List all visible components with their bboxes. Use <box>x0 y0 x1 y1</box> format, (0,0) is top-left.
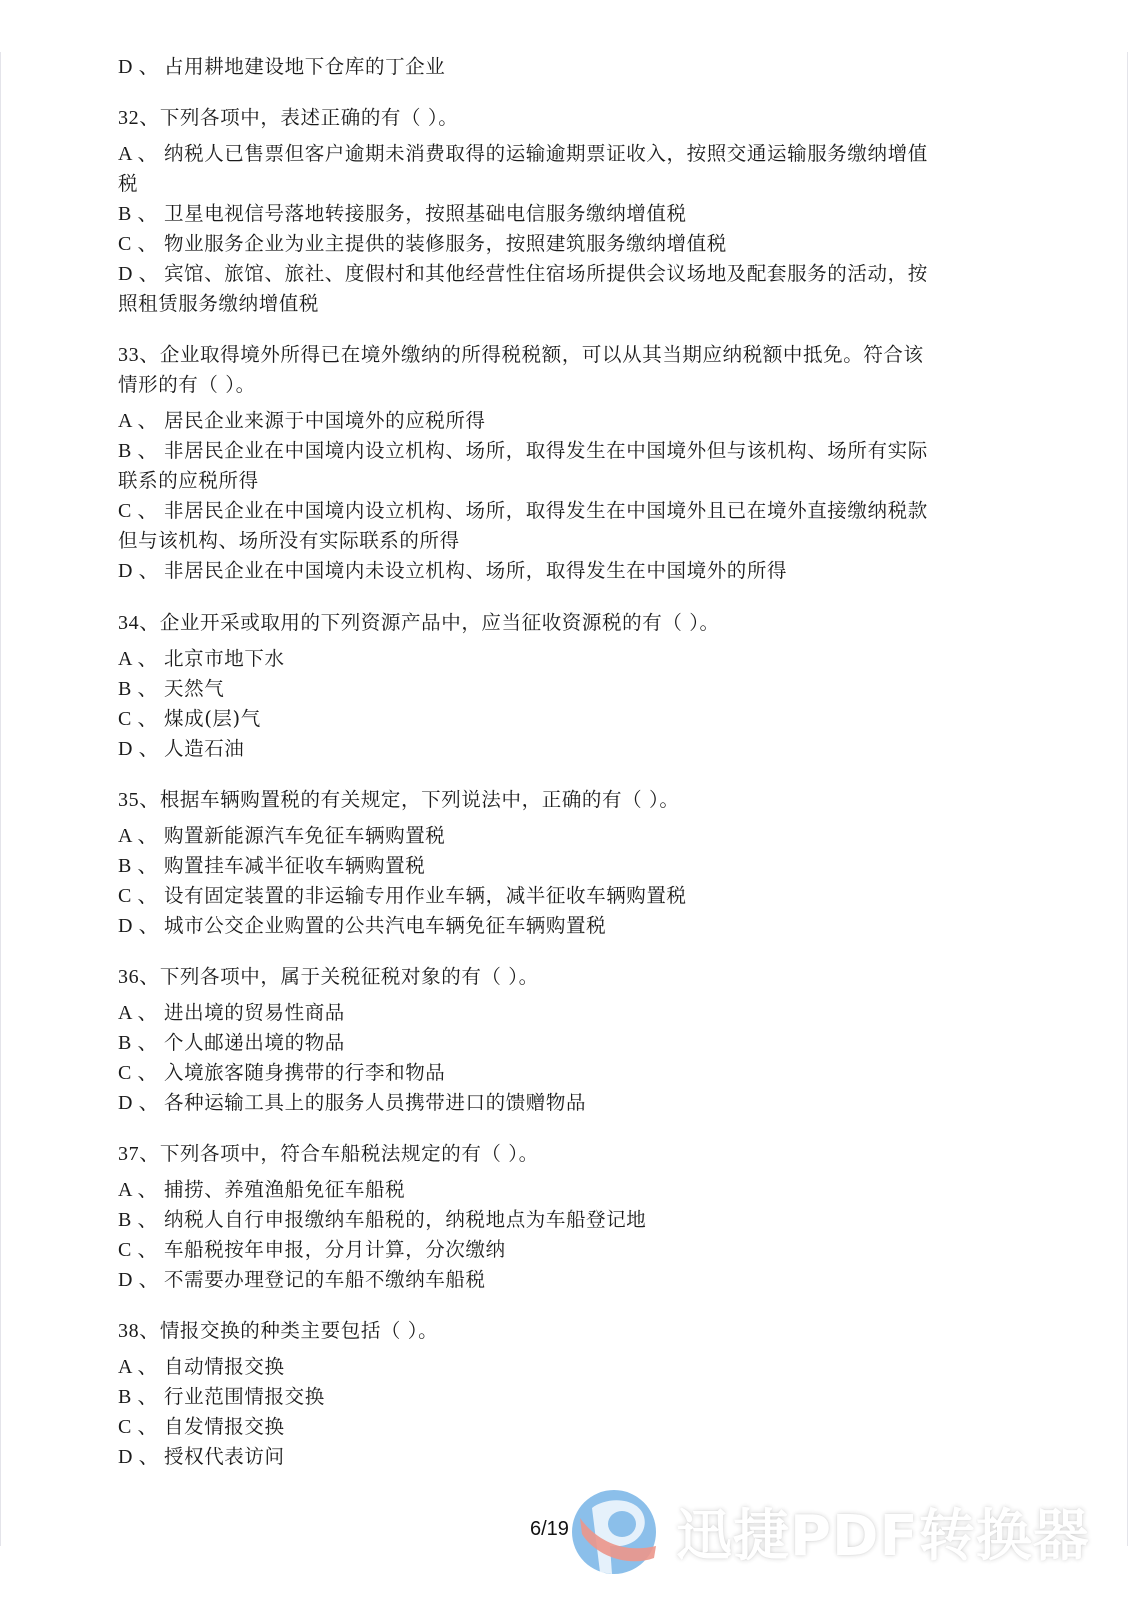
answer-option: C 、车船税按年申报，分月计算，分次缴纳 <box>118 1235 506 1265</box>
answer-option: D 、人造石油 <box>118 734 244 764</box>
answer-option: C 、非居民企业在中国境内设立机构、场所，取得发生在中国境外且已在境外直接缴纳税… <box>118 496 928 526</box>
line-text: 下列各项中，表述正确的有（ ）。 <box>160 106 459 129</box>
line-text: 购置挂车减半征收车辆购置税 <box>164 854 425 877</box>
line-text: 购置新能源汽车免征车辆购置税 <box>164 824 445 847</box>
option-label: D 、 <box>118 1442 164 1472</box>
option-label: B 、 <box>118 1382 164 1412</box>
question-number: 34、 <box>118 612 160 634</box>
line-text: 进出境的贸易性商品 <box>164 1001 345 1024</box>
line-text: 情形的有（ ）。 <box>118 373 256 396</box>
pdf-converter-logo-icon <box>570 1488 658 1576</box>
option-label: A 、 <box>118 644 164 674</box>
text-continuation: 但与该机构、场所没有实际联系的所得 <box>118 526 460 556</box>
answer-option: B 、非居民企业在中国境内设立机构、场所，取得发生在中国境外但与该机构、场所有实… <box>118 436 928 466</box>
question-number: 38、 <box>118 1320 160 1342</box>
answer-option: B 、个人邮递出境的物品 <box>118 1028 345 1058</box>
answer-option: B 、天然气 <box>118 674 224 704</box>
line-text: 下列各项中，属于关税征税对象的有（ ）。 <box>160 965 539 988</box>
option-label: C 、 <box>118 496 164 526</box>
line-text: 照租赁服务缴纳增值税 <box>118 292 319 315</box>
line-text: 天然气 <box>164 677 224 700</box>
question-number: 35、 <box>118 789 160 811</box>
line-text: 非居民企业在中国境内未设立机构、场所，取得发生在中国境外的所得 <box>164 559 787 582</box>
option-label: D 、 <box>118 1265 164 1295</box>
answer-option: D 、不需要办理登记的车船不缴纳车船税 <box>118 1265 486 1295</box>
watermark: 迅捷PDF转换器 <box>570 1482 1090 1582</box>
line-text: 煤成(层)气 <box>164 707 261 730</box>
answer-option: A 、纳税人已售票但客户逾期未消费取得的运输逾期票证收入，按照交通运输服务缴纳增… <box>118 139 928 169</box>
line-text: 下列各项中，符合车船税法规定的有（ ）。 <box>160 1142 539 1165</box>
option-label: B 、 <box>118 1028 164 1058</box>
line-text: 但与该机构、场所没有实际联系的所得 <box>118 529 460 552</box>
answer-option: D 、宾馆、旅馆、旅社、度假村和其他经营性住宿场所提供会议场地及配套服务的活动，… <box>118 259 928 289</box>
line-text: 税 <box>118 172 138 195</box>
question-stem: 38、情报交换的种类主要包括（ ）。 <box>118 1316 438 1346</box>
line-text: 联系的应税所得 <box>118 469 259 492</box>
option-label: A 、 <box>118 139 164 169</box>
line-text: 企业取得境外所得已在境外缴纳的所得税税额，可以从其当期应纳税额中抵免。符合该 <box>160 343 924 366</box>
line-text: 企业开采或取用的下列资源产品中，应当征收资源税的有（ ）。 <box>160 611 720 634</box>
question-stem: 35、根据车辆购置税的有关规定，下列说法中，正确的有（ ）。 <box>118 785 679 815</box>
line-text: 纳税人自行申报缴纳车船税的，纳税地点为车船登记地 <box>164 1208 646 1231</box>
line-text: 自动情报交换 <box>164 1355 285 1378</box>
option-label: D 、 <box>118 556 164 586</box>
line-text: 自发情报交换 <box>164 1415 285 1438</box>
option-label: B 、 <box>118 199 164 229</box>
answer-option: C 、物业服务企业为业主提供的装修服务，按照建筑服务缴纳增值税 <box>118 229 727 259</box>
answer-option: A 、自动情报交换 <box>118 1352 285 1382</box>
answer-option: D 、各种运输工具上的服务人员携带进口的馈赠物品 <box>118 1088 586 1118</box>
question-number: 36、 <box>118 966 160 988</box>
line-text: 入境旅客随身携带的行李和物品 <box>164 1061 445 1084</box>
line-text: 捕捞、养殖渔船免征车船税 <box>164 1178 405 1201</box>
answer-option: B 、行业范围情报交换 <box>118 1382 325 1412</box>
text-continuation: 联系的应税所得 <box>118 466 259 496</box>
option-label: A 、 <box>118 998 164 1028</box>
answer-option: A 、购置新能源汽车免征车辆购置税 <box>118 821 445 851</box>
text-continuation: 照租赁服务缴纳增值税 <box>118 289 319 319</box>
question-number: 33、 <box>118 344 160 366</box>
line-text: 人造石油 <box>164 737 244 760</box>
answer-option: D 、非居民企业在中国境内未设立机构、场所，取得发生在中国境外的所得 <box>118 556 787 586</box>
question-stem: 32、下列各项中，表述正确的有（ ）。 <box>118 103 458 133</box>
line-text: 卫星电视信号落地转接服务，按照基础电信服务缴纳增值税 <box>164 202 687 225</box>
option-label: C 、 <box>118 1412 164 1442</box>
option-label: D 、 <box>118 911 164 941</box>
option-label: A 、 <box>118 1352 164 1382</box>
option-label: C 、 <box>118 704 164 734</box>
answer-option: D 、授权代表访问 <box>118 1442 285 1472</box>
answer-option: D 、占用耕地建设地下仓库的丁企业 <box>118 52 445 82</box>
option-label: B 、 <box>118 436 164 466</box>
line-text: 个人邮递出境的物品 <box>164 1031 345 1054</box>
answer-option: A 、进出境的贸易性商品 <box>118 998 345 1028</box>
page-number: 6/19 <box>530 1518 569 1541</box>
line-text: 情报交换的种类主要包括（ ）。 <box>160 1319 438 1342</box>
question-stem: 34、企业开采或取用的下列资源产品中，应当征收资源税的有（ ）。 <box>118 608 720 638</box>
line-text: 宾馆、旅馆、旅社、度假村和其他经营性住宿场所提供会议场地及配套服务的活动，按 <box>164 262 928 285</box>
answer-option: B 、卫星电视信号落地转接服务，按照基础电信服务缴纳增值税 <box>118 199 687 229</box>
text-continuation: 情形的有（ ）。 <box>118 370 256 400</box>
line-text: 占用耕地建设地下仓库的丁企业 <box>164 55 445 78</box>
question-stem: 36、下列各项中，属于关税征税对象的有（ ）。 <box>118 962 539 992</box>
answer-option: C 、自发情报交换 <box>118 1412 285 1442</box>
option-label: C 、 <box>118 1058 164 1088</box>
line-text: 不需要办理登记的车船不缴纳车船税 <box>164 1268 486 1291</box>
option-label: B 、 <box>118 851 164 881</box>
option-label: D 、 <box>118 52 164 82</box>
option-label: A 、 <box>118 1175 164 1205</box>
option-label: C 、 <box>118 1235 164 1265</box>
option-label: D 、 <box>118 1088 164 1118</box>
text-continuation: 税 <box>118 169 138 199</box>
answer-option: C 、煤成(层)气 <box>118 704 261 734</box>
answer-option: A 、居民企业来源于中国境外的应税所得 <box>118 406 486 436</box>
option-label: B 、 <box>118 1205 164 1235</box>
option-label: A 、 <box>118 406 164 436</box>
answer-option: A 、捕捞、养殖渔船免征车船税 <box>118 1175 405 1205</box>
line-text: 居民企业来源于中国境外的应税所得 <box>164 409 486 432</box>
question-stem: 37、下列各项中，符合车船税法规定的有（ ）。 <box>118 1139 539 1169</box>
answer-option: D 、城市公交企业购置的公共汽电车辆免征车辆购置税 <box>118 911 606 941</box>
option-label: D 、 <box>118 259 164 289</box>
answer-option: C 、设有固定装置的非运输专用作业车辆，减半征收车辆购置税 <box>118 881 687 911</box>
line-text: 北京市地下水 <box>164 647 285 670</box>
option-label: C 、 <box>118 229 164 259</box>
question-stem: 33、企业取得境外所得已在境外缴纳的所得税税额，可以从其当期应纳税额中抵免。符合… <box>118 340 924 370</box>
line-text: 非居民企业在中国境内设立机构、场所，取得发生在中国境外但与该机构、场所有实际 <box>164 439 928 462</box>
option-label: C 、 <box>118 881 164 911</box>
question-number: 32、 <box>118 107 160 129</box>
line-text: 城市公交企业购置的公共汽电车辆免征车辆购置税 <box>164 914 606 937</box>
answer-option: B 、纳税人自行申报缴纳车船税的，纳税地点为车船登记地 <box>118 1205 646 1235</box>
option-label: D 、 <box>118 734 164 764</box>
line-text: 行业范围情报交换 <box>164 1385 325 1408</box>
line-text: 各种运输工具上的服务人员携带进口的馈赠物品 <box>164 1091 586 1114</box>
answer-option: C 、入境旅客随身携带的行李和物品 <box>118 1058 445 1088</box>
line-text: 授权代表访问 <box>164 1445 285 1468</box>
option-label: B 、 <box>118 674 164 704</box>
answer-option: A 、北京市地下水 <box>118 644 285 674</box>
answer-option: B 、购置挂车减半征收车辆购置税 <box>118 851 425 881</box>
line-text: 物业服务企业为业主提供的装修服务，按照建筑服务缴纳增值税 <box>164 232 727 255</box>
line-text: 非居民企业在中国境内设立机构、场所，取得发生在中国境外且已在境外直接缴纳税款 <box>164 499 928 522</box>
line-text: 设有固定装置的非运输专用作业车辆，减半征收车辆购置税 <box>164 884 687 907</box>
line-text: 纳税人已售票但客户逾期未消费取得的运输逾期票证收入，按照交通运输服务缴纳增值 <box>164 142 928 165</box>
option-label: A 、 <box>118 821 164 851</box>
question-number: 37、 <box>118 1143 160 1165</box>
line-text: 根据车辆购置税的有关规定，下列说法中，正确的有（ ）。 <box>160 788 680 811</box>
line-text: 车船税按年申报，分月计算，分次缴纳 <box>164 1238 506 1261</box>
watermark-text: 迅捷PDF转换器 <box>676 1492 1090 1572</box>
